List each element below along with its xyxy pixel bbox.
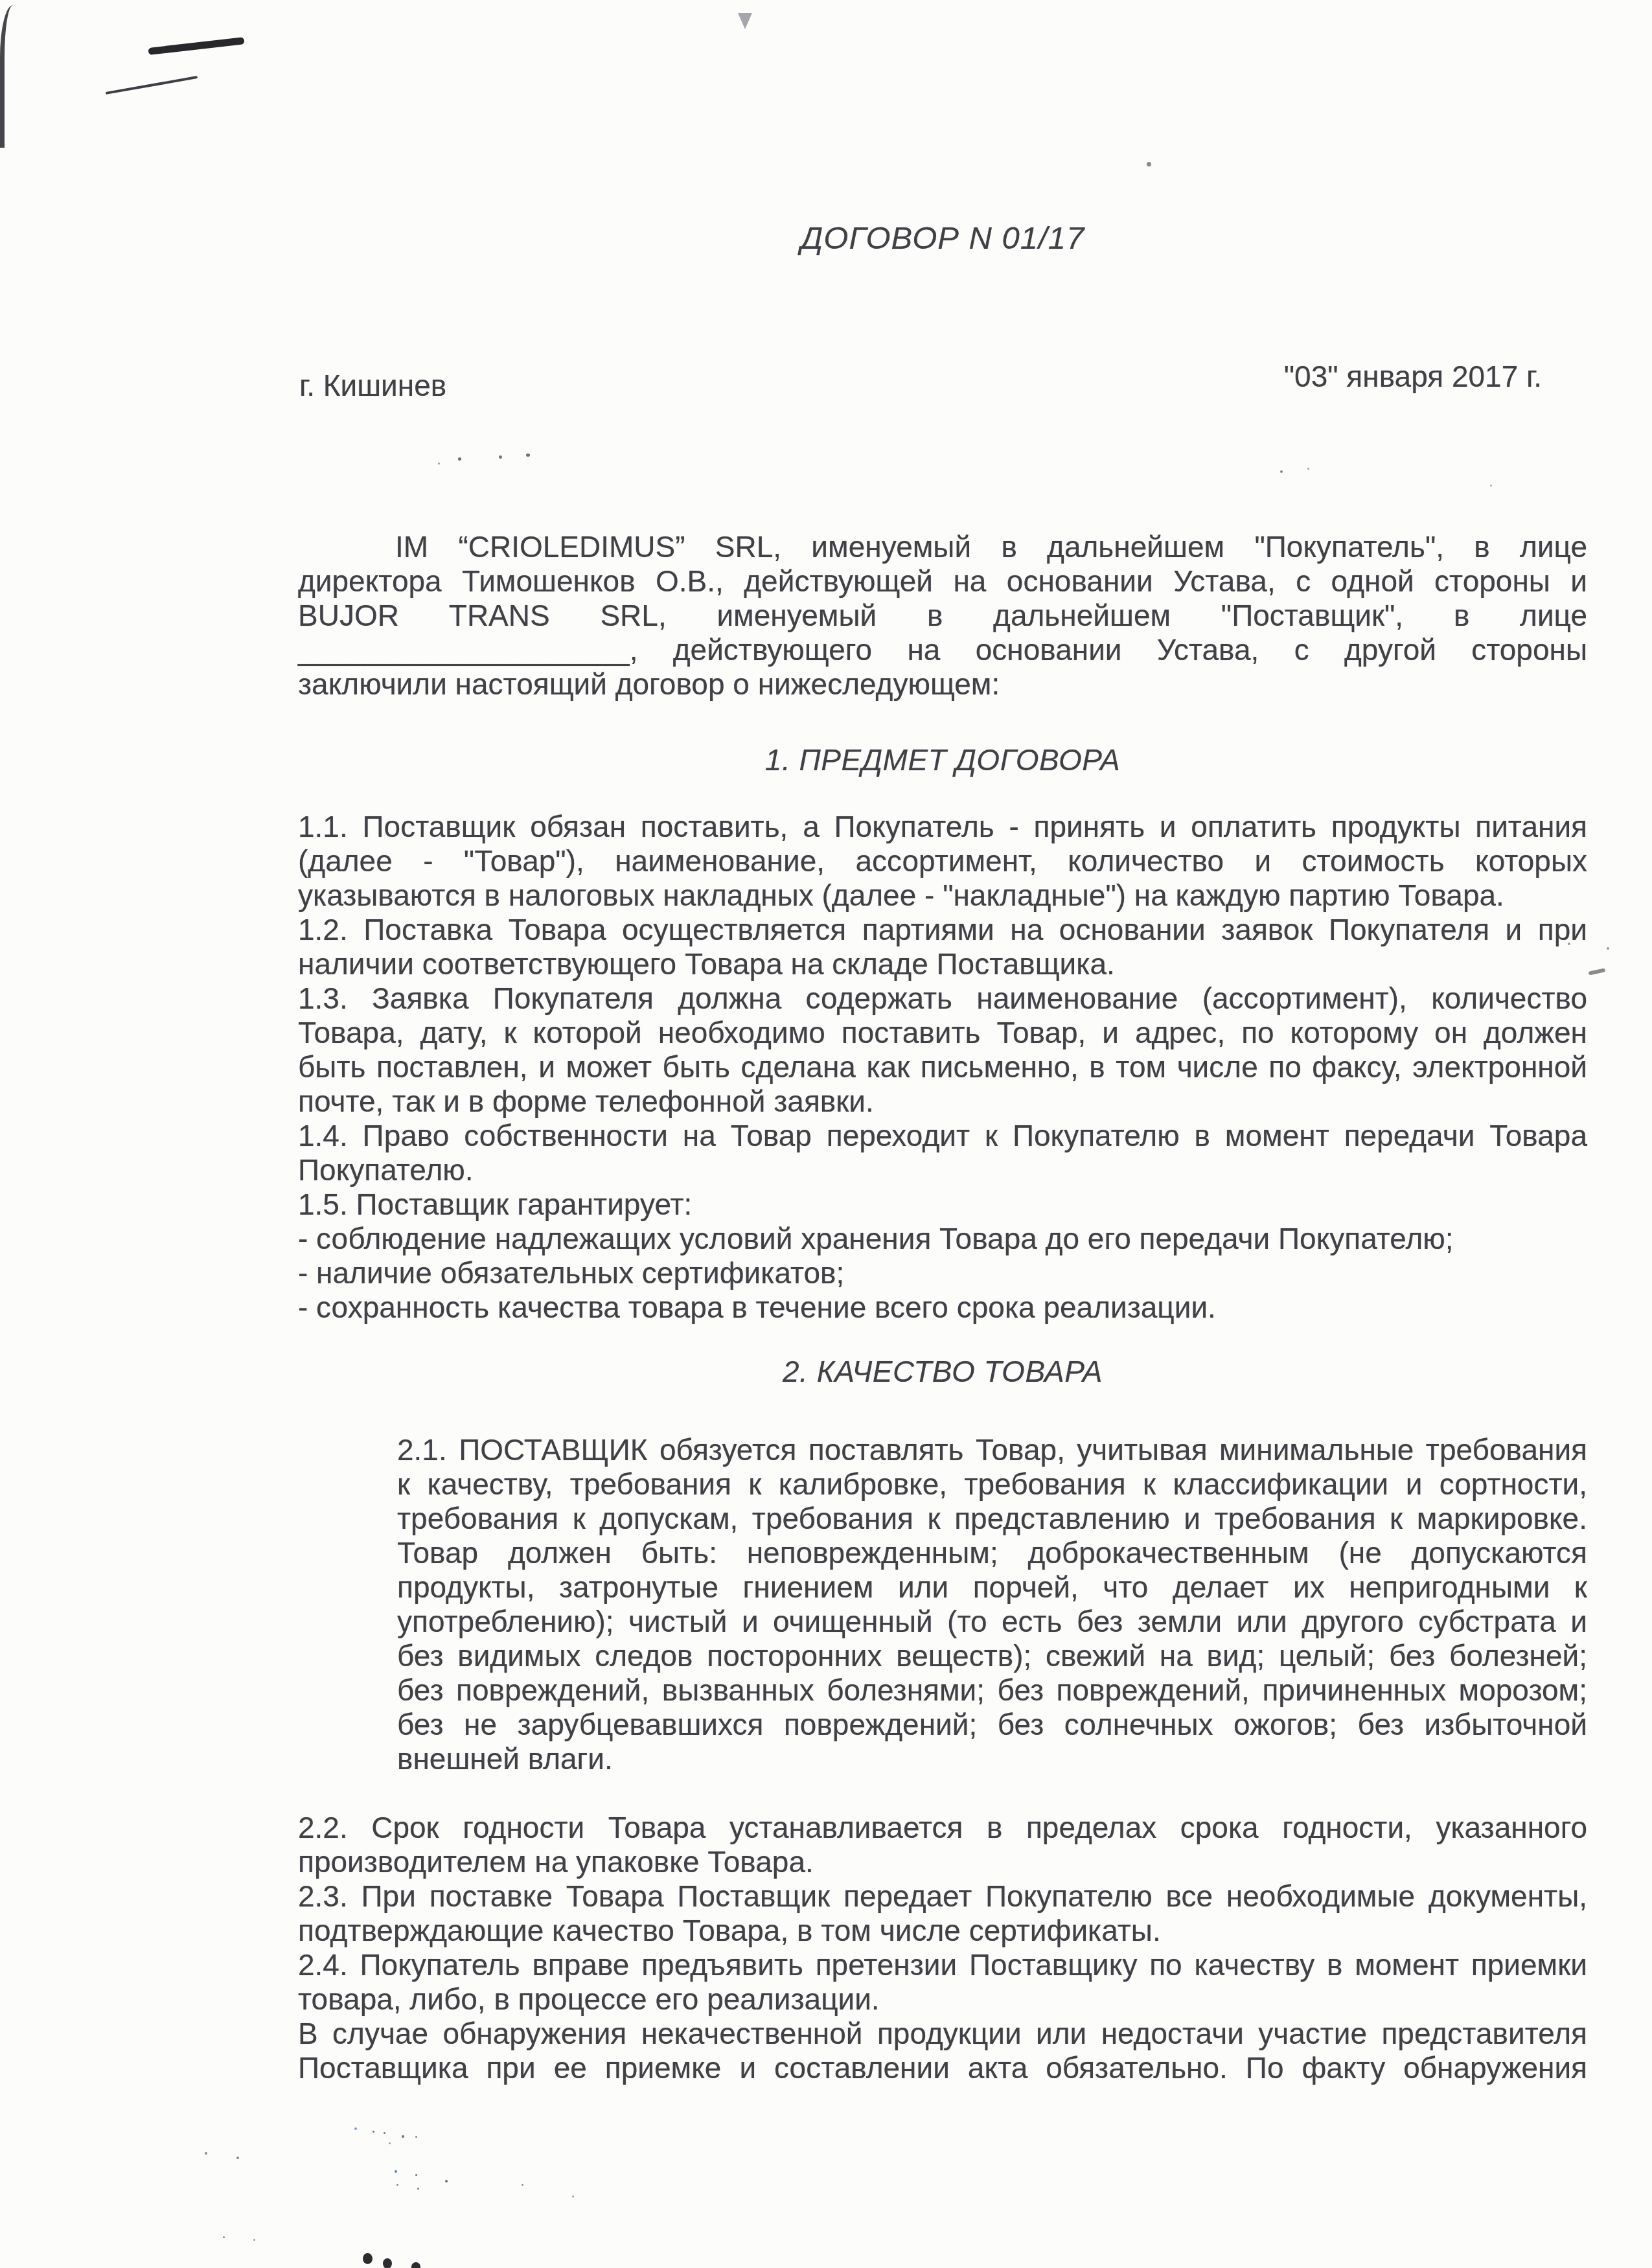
scan-speck [223, 2236, 225, 2238]
clause-line: 1.1. Поставщик обязан поставить, а Покуп… [298, 810, 1587, 844]
clause-1-4: 1.4. Право собственности на Товар перехо… [298, 1119, 1587, 1187]
clause-line: подтверждающие качество Товара, в том чи… [298, 1914, 1587, 1948]
bullet-line: - сохранность качества товара в течение … [298, 1290, 1587, 1325]
scan-dash-mark [1589, 968, 1606, 975]
clause-2-4-continuation: В случае обнаружения некачественной прод… [298, 2017, 1587, 2085]
scan-ink-dot [383, 2258, 392, 2268]
clause-line: 1.3. Заявка Покупателя должна содержать … [298, 981, 1587, 1016]
pen-mark-thick [148, 37, 244, 55]
clause-line: продукты, затронутые гниением или порчей… [397, 1570, 1587, 1605]
clause-line: Товара, дату, к которой необходимо поста… [298, 1016, 1587, 1050]
scan-speck [205, 2152, 207, 2155]
scan-speck [522, 2184, 523, 2186]
scan-speck [373, 2131, 374, 2133]
section-1-heading: 1. ПРЕДМЕТ ДОГОВОРА [298, 742, 1587, 777]
clause-line: В случае обнаружения некачественной прод… [298, 2017, 1587, 2051]
clause-line: указываются в налоговых накладных (далее… [298, 878, 1587, 913]
clause-line: к качеству, требования к калибровке, тре… [397, 1467, 1587, 1502]
section-2-heading: 2. КАЧЕСТВО ТОВАРА [298, 1354, 1587, 1389]
clause-line: 2.3. При поставке Товара Поставщик перед… [298, 1879, 1587, 1914]
clause-2-3: 2.3. При поставке Товара Поставщик перед… [298, 1879, 1587, 1948]
scan-speck [499, 455, 502, 459]
scan-speck [253, 2239, 255, 2241]
clause-line: 1.4. Право собственности на Товар перехо… [298, 1119, 1587, 1153]
document-title: ДОГОВОР N 01/17 [298, 220, 1587, 257]
clause-line: требования к допускам, требования к пред… [397, 1502, 1587, 1536]
pen-mark-thin [106, 76, 198, 95]
clause-line: 1.5. Поставщик гарантирует: [298, 1187, 1587, 1222]
clause-1-5: 1.5. Поставщик гарантирует: - соблюдение… [298, 1187, 1587, 1325]
scan-speck [1147, 162, 1151, 166]
preamble-line: заключили настоящий договор о нижеследую… [298, 667, 1587, 702]
scan-speck [438, 463, 440, 464]
clause-line: 2.4. Покупатель вправе предъявить претен… [298, 1948, 1587, 1982]
section-2-tail: 2.2. Срок годности Товара устанавливаетс… [298, 1811, 1587, 2085]
preamble-line: ____________________, действующего на ос… [298, 633, 1587, 667]
scan-speck [417, 2188, 419, 2190]
clause-line: Товар должен быть: неповрежденным; добро… [397, 1536, 1587, 1570]
clause-line: Поставщика при ее приемке и составлении … [298, 2051, 1587, 2085]
scanned-contract-page: ДОГОВОР N 01/17 г. Кишинев "03" января 2… [0, 0, 1652, 2268]
scan-speck [445, 2180, 448, 2182]
clause-line: Покупателю. [298, 1153, 1587, 1187]
scan-speck [1280, 470, 1283, 473]
section-1-body: 1.1. Поставщик обязан поставить, а Покуп… [298, 810, 1587, 1325]
scan-speck [384, 2132, 385, 2134]
scan-speck [354, 2127, 357, 2130]
scan-smudge-triangle [738, 13, 752, 29]
clause-line: без не зарубцевавшихся повреждений; без … [397, 1708, 1587, 1742]
clause-line: 1.2. Поставка Товара осуществляется парт… [298, 913, 1587, 947]
clause-line: (далее - "Товар"), наименование, ассорти… [298, 844, 1587, 878]
clause-2-1: 2.1. ПОСТАВЩИК обязуется поставлять Това… [397, 1433, 1587, 1776]
preamble-paragraph: IM “CRIOLEDIMUS” SRL, именуемый в дальне… [298, 530, 1587, 702]
scan-ink-dot [363, 2253, 373, 2264]
scan-speck [1490, 485, 1492, 487]
scan-speck [526, 453, 530, 457]
clause-line: употреблению); чистый и очищенный (то ес… [397, 1605, 1587, 1639]
scan-speck [236, 2157, 239, 2159]
bullet-line: - наличие обязательных сертификатов; [298, 1256, 1587, 1290]
clause-line: производителем на упаковке Товара. [298, 1845, 1587, 1879]
clause-line: почте, так и в форме телефонной заявки. [298, 1084, 1587, 1119]
clause-line: наличии соответствующего Товара на склад… [298, 947, 1587, 981]
scan-speck [1307, 468, 1309, 470]
preamble-line: IM “CRIOLEDIMUS” SRL, именуемый в дальне… [298, 530, 1587, 564]
clause-line: внешней влаги. [397, 1742, 1587, 1776]
scan-speck [1607, 947, 1609, 950]
clause-line: товара, либо, в процессе его реализации. [298, 1982, 1587, 2017]
clause-line: без повреждений, вызванных болезнями; бе… [397, 1673, 1587, 1708]
scan-speck [415, 2174, 417, 2176]
clause-line: быть поставлен, и может быть сделана как… [298, 1050, 1587, 1084]
bullet-line: - соблюдение надлежащих условий хранения… [298, 1222, 1587, 1256]
clause-2-2: 2.2. Срок годности Товара устанавливаетс… [298, 1811, 1587, 1879]
scan-speck [402, 2135, 404, 2138]
scan-speck [458, 457, 461, 461]
scan-speck [415, 2136, 417, 2138]
clause-1-2: 1.2. Поставка Товара осуществляется парт… [298, 913, 1587, 981]
scan-speck [572, 2195, 574, 2197]
scan-speck [389, 2142, 391, 2144]
clause-line: без видимых следов посторонних веществ);… [397, 1639, 1587, 1673]
scan-corner-shadow [0, 5, 17, 148]
preamble-line: директора Тимошенков О.В., действующей н… [298, 564, 1587, 599]
scan-speck [396, 2184, 398, 2186]
clause-1-3: 1.3. Заявка Покупателя должна содержать … [298, 981, 1587, 1119]
scan-ink-dot [411, 2262, 420, 2268]
clause-line: 2.1. ПОСТАВЩИК обязуется поставлять Това… [397, 1433, 1587, 1467]
clause-1-1: 1.1. Поставщик обязан поставить, а Покуп… [298, 810, 1587, 913]
scan-speck [395, 2170, 397, 2173]
clause-2-4: 2.4. Покупатель вправе предъявить претен… [298, 1948, 1587, 2017]
clause-line: 2.2. Срок годности Товара устанавливаетс… [298, 1811, 1587, 1845]
preamble-line: BUJOR TRANS SRL, именуемый в дальнейшем … [298, 599, 1587, 633]
date-label: "03" января 2017 г. [298, 359, 1542, 394]
